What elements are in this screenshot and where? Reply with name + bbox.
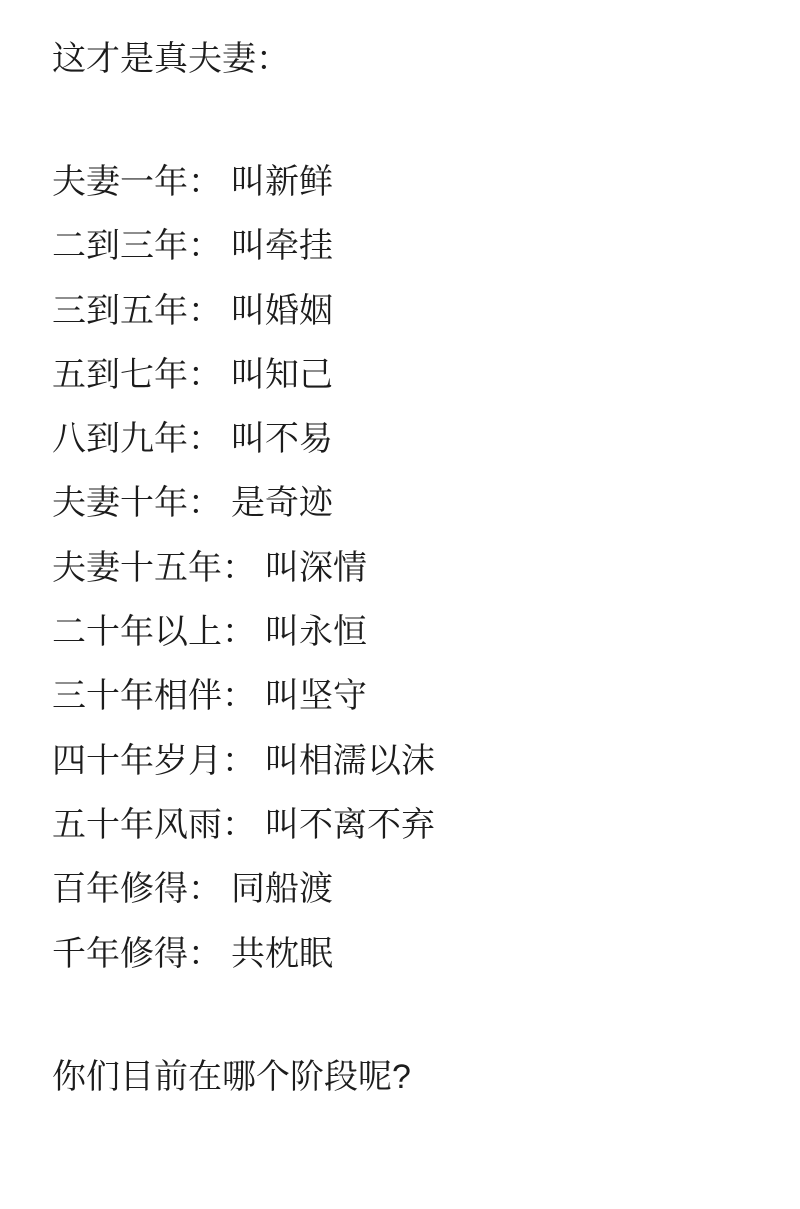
stage-line: 夫妻一年：叫新鲜 [52,150,770,214]
stage-colon: ： [222,549,256,587]
stage-colon: ： [222,613,256,651]
stage-value: 是奇迹 [231,484,333,522]
stage-label: 千年修得 [52,935,188,973]
stage-label: 二到三年 [52,227,188,265]
stage-label: 五到七年 [52,356,188,394]
stage-colon: ： [188,484,222,522]
stage-label: 三到五年 [52,292,188,330]
stage-colon: ： [222,806,256,844]
text-post-page: 这才是真夫妻： 夫妻一年：叫新鲜 二到三年：叫牵挂 三到五年：叫婚姻 五到七年：… [0,0,800,1209]
stage-colon: ： [188,870,222,908]
stage-value: 叫深情 [265,549,367,587]
stage-line: 四十年岁月：叫相濡以沫 [52,729,770,793]
stage-value: 叫牵挂 [231,227,333,265]
stage-label: 五十年风雨 [52,806,222,844]
stage-line: 五到七年：叫知己 [52,343,770,407]
stage-colon: ： [188,420,222,458]
stage-line: 夫妻十年：是奇迹 [52,471,770,535]
stage-line: 八到九年：叫不易 [52,407,770,471]
stage-colon: ： [188,935,222,973]
stage-line: 百年修得：同船渡 [52,857,770,921]
stage-label: 四十年岁月 [52,742,222,780]
stage-value: 叫不易 [231,420,333,458]
stage-label: 八到九年 [52,420,188,458]
stage-value: 同船渡 [231,870,333,908]
stage-list: 夫妻一年：叫新鲜 二到三年：叫牵挂 三到五年：叫婚姻 五到七年：叫知己 八到九年… [52,150,770,986]
stage-line: 二到三年：叫牵挂 [52,214,770,278]
stage-label: 夫妻一年 [52,163,188,201]
stage-colon: ： [188,227,222,265]
stage-value: 叫相濡以沫 [265,742,435,780]
footer-question: 你们目前在哪个阶段呢? [52,1060,770,1094]
stage-label: 二十年以上 [52,613,222,651]
stage-label: 夫妻十年 [52,484,188,522]
stage-line: 二十年以上：叫永恒 [52,600,770,664]
stage-label: 三十年相伴 [52,677,222,715]
stage-line: 五十年风雨：叫不离不弃 [52,793,770,857]
stage-label: 百年修得 [52,870,188,908]
stage-label: 夫妻十五年 [52,549,222,587]
stage-value: 叫新鲜 [231,163,333,201]
stage-line: 三到五年：叫婚姻 [52,279,770,343]
stage-line: 三十年相伴：叫坚守 [52,664,770,728]
stage-colon: ： [188,356,222,394]
stage-colon: ： [222,742,256,780]
stage-value: 叫婚姻 [231,292,333,330]
stage-value: 叫不离不弃 [265,806,435,844]
stage-colon: ： [188,292,222,330]
stage-value: 叫知己 [231,356,333,394]
stage-value: 共枕眠 [231,935,333,973]
stage-colon: ： [188,163,222,201]
page-title: 这才是真夫妻： [52,42,770,76]
stage-value: 叫永恒 [265,613,367,651]
stage-colon: ： [222,677,256,715]
stage-value: 叫坚守 [265,677,367,715]
stage-line: 夫妻十五年：叫深情 [52,536,770,600]
stage-line: 千年修得：共枕眠 [52,922,770,986]
